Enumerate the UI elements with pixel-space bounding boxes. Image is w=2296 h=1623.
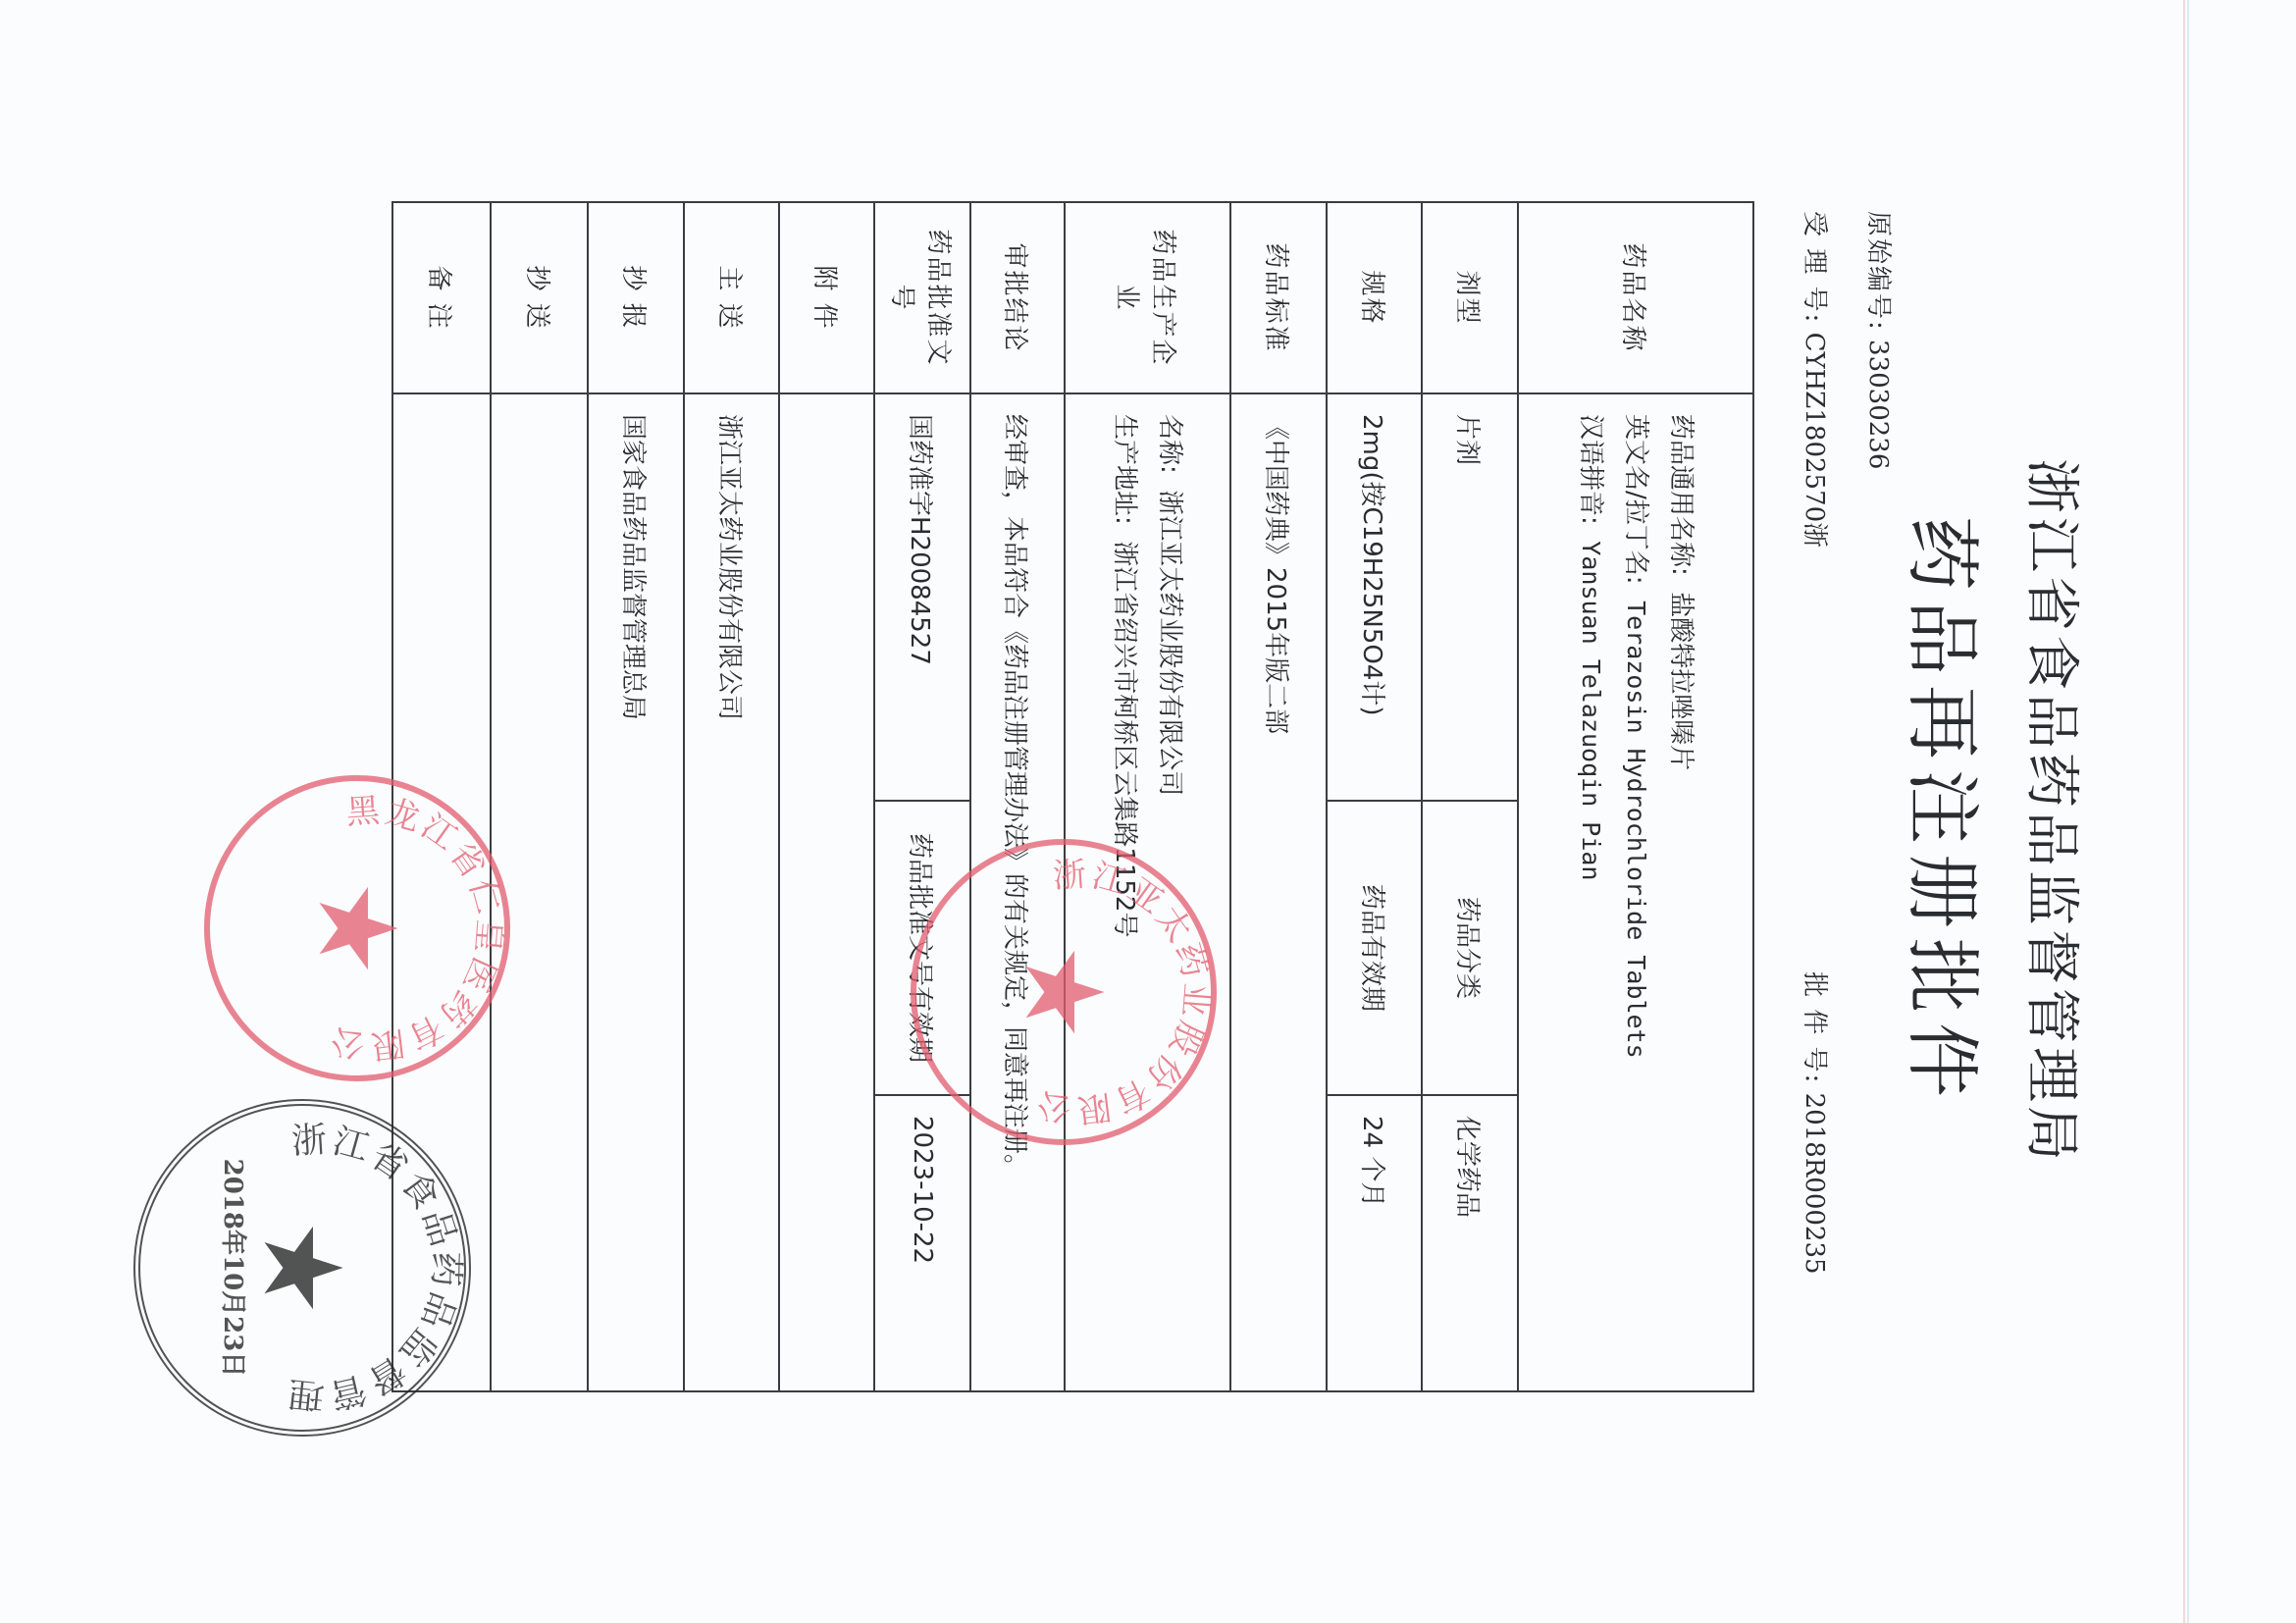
label-attachment: 附 件 xyxy=(779,202,874,393)
acceptance-number-value: CYHZ1802570浙 xyxy=(1800,333,1829,549)
label-conclusion: 审批结论 xyxy=(970,202,1065,393)
row-conclusion: 审批结论 经审查，本品符合《药品注册管理办法》的有关规定，同意再注册。 xyxy=(970,202,1065,1391)
value-approval-expiry: 2023-10-22 xyxy=(874,1095,970,1391)
document-page: 浙江省食品药品监督管理局 药品再注册批件 原始编号: 33030236 受 理 … xyxy=(0,0,2296,1623)
label-manufacturer: 药品生产企业 xyxy=(1065,202,1230,393)
label-standard: 药品标准 xyxy=(1230,202,1327,393)
row-drug-name: 药品名称 药品通用名称: 盐酸特拉唑嗪片 英文名/拉丁名: Terazosin … xyxy=(1518,202,1753,1391)
original-number-label: 原始编号: xyxy=(1863,211,1893,332)
seal-date: 2018年10月23日 xyxy=(217,1106,253,1430)
manufacturer-address: 生产地址: 浙江省绍兴市柯桥区云集路1152号 xyxy=(1103,414,1148,1371)
generic-name: 药品通用名称: 盐酸特拉唑嗪片 xyxy=(1658,414,1703,1371)
row-manufacturer: 药品生产企业 名称: 浙江亚太药业股份有限公司 生产地址: 浙江省绍兴市柯桥区云… xyxy=(1065,202,1230,1391)
value-drug-category: 化学药品 xyxy=(1422,1095,1518,1391)
label-shelf-life: 药品有效期 xyxy=(1327,801,1422,1095)
approval-number-value: 2018R000235 xyxy=(1800,1093,1829,1275)
value-cc xyxy=(491,393,588,1391)
label-specification: 规格 xyxy=(1327,202,1422,393)
value-approval-doc: 国药准字H20084527 xyxy=(874,393,970,801)
value-dosage-form: 片剂 xyxy=(1422,393,1518,801)
approval-table: 药品名称 药品通用名称: 盐酸特拉唑嗪片 英文名/拉丁名: Terazosin … xyxy=(391,201,1754,1392)
value-specification: 2mg(按C19H25N5O4计) xyxy=(1327,393,1422,801)
issuer-title: 浙江省食品药品监督管理局 xyxy=(2016,0,2095,1623)
approval-number-label: 批 件 号: xyxy=(1800,971,1829,1084)
original-number-value: 33030236 xyxy=(1863,340,1893,469)
label-remarks: 备 注 xyxy=(392,202,491,393)
row-dosage-form: 剂型 片剂 药品分类 化学药品 xyxy=(1422,202,1518,1391)
row-report-to: 抄 报 国家食品药品监督管理总局 xyxy=(588,202,684,1391)
value-main-recipient: 浙江亚太药业股份有限公司 xyxy=(684,393,779,1391)
label-drug-category: 药品分类 xyxy=(1422,801,1518,1095)
value-attachment xyxy=(779,393,874,1391)
value-remarks xyxy=(392,393,491,1391)
row-approval-doc: 药品批准文号 国药准字H20084527 药品批准文号有效期 2023-10-2… xyxy=(874,202,970,1391)
document-title: 药品再注册批件 xyxy=(1895,0,2002,1623)
value-report-to: 国家食品药品监督管理总局 xyxy=(588,393,684,1391)
label-approval-doc: 药品批准文号 xyxy=(874,202,970,393)
row-standard: 药品标准 《中国药典》2015年版二部 xyxy=(1230,202,1327,1391)
row-specification: 规格 2mg(按C19H25N5O4计) 药品有效期 24 个月 xyxy=(1327,202,1422,1391)
star-icon: ★ xyxy=(248,1220,356,1317)
row-remarks: 备 注 xyxy=(392,202,491,1391)
scan-edge-line xyxy=(2183,0,2185,1623)
value-conclusion: 经审查，本品符合《药品注册管理办法》的有关规定，同意再注册。 xyxy=(970,393,1065,1391)
approval-number: 批 件 号: 2018R000235 xyxy=(1799,971,1835,1275)
value-shelf-life: 24 个月 xyxy=(1327,1095,1422,1391)
label-main-recipient: 主 送 xyxy=(684,202,779,393)
pinyin-name: 汉语拼音: Yansuan Telazuoqin Pian xyxy=(1568,414,1613,1371)
english-name: 英文名/拉丁名: Terazosin Hydrochloride Tablets xyxy=(1613,414,1658,1371)
row-main-recipient: 主 送 浙江亚太药业股份有限公司 xyxy=(684,202,779,1391)
label-dosage-form: 剂型 xyxy=(1422,202,1518,393)
value-drug-name: 药品通用名称: 盐酸特拉唑嗪片 英文名/拉丁名: Terazosin Hydro… xyxy=(1518,393,1753,1391)
label-approval-expiry: 药品批准文号有效期 xyxy=(874,801,970,1095)
row-cc: 抄 送 xyxy=(491,202,588,1391)
label-cc: 抄 送 xyxy=(491,202,588,393)
label-report-to: 抄 报 xyxy=(588,202,684,393)
original-number: 原始编号: 33030236 xyxy=(1862,211,1899,469)
manufacturer-name: 名称: 浙江亚太药业股份有限公司 xyxy=(1148,414,1193,1371)
scan-edge-line xyxy=(2187,0,2189,1623)
row-attachment: 附 件 xyxy=(779,202,874,1391)
value-manufacturer: 名称: 浙江亚太药业股份有限公司 生产地址: 浙江省绍兴市柯桥区云集路1152号 xyxy=(1065,393,1230,1391)
acceptance-number-label: 受 理 号: xyxy=(1800,211,1829,324)
acceptance-number: 受 理 号: CYHZ1802570浙 xyxy=(1799,211,1835,548)
label-drug-name: 药品名称 xyxy=(1518,202,1753,393)
value-standard: 《中国药典》2015年版二部 xyxy=(1230,393,1327,1391)
